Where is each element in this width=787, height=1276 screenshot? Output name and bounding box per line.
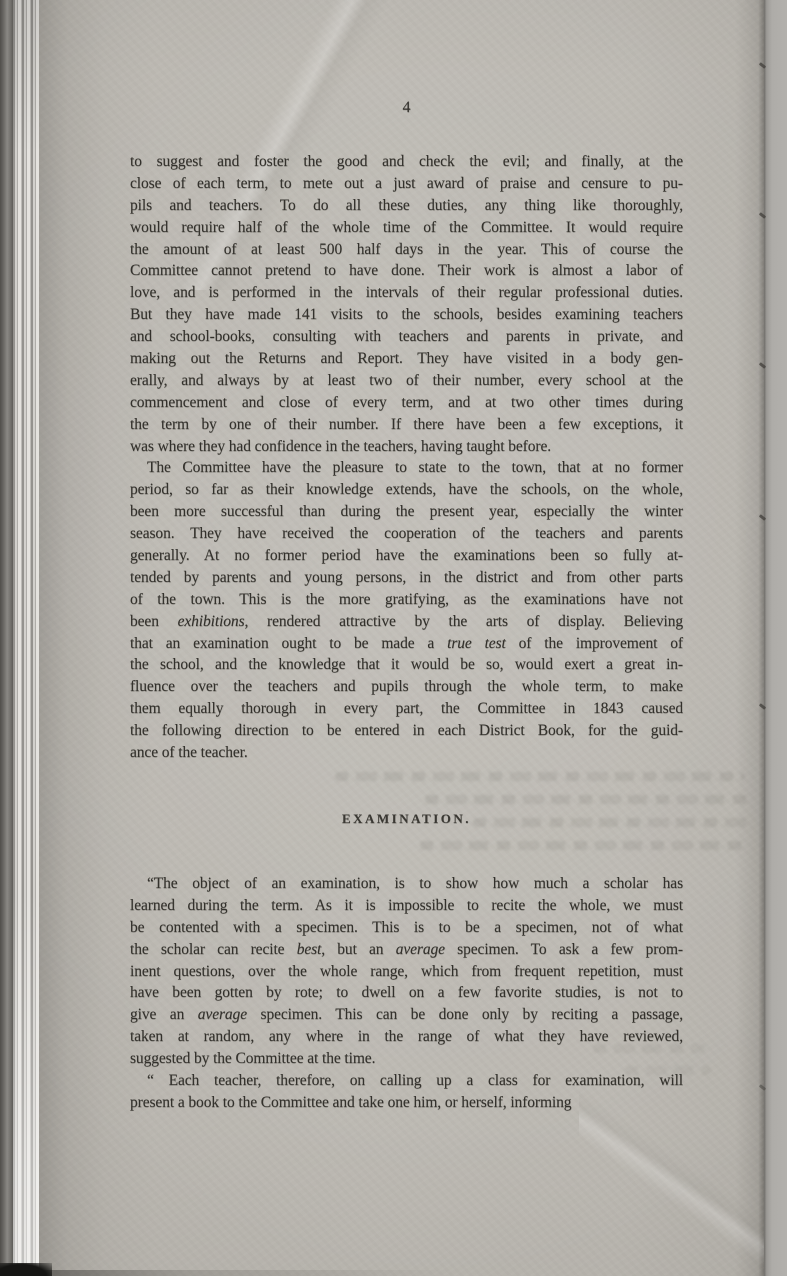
text-segment: been more successful than during the pre… xyxy=(130,503,683,520)
text-segment: , but an xyxy=(321,941,395,958)
bleed-through-line xyxy=(335,772,745,781)
text-line: love, and is performed in the intervals … xyxy=(130,282,683,304)
text-segment: specimen. This can be done only by recit… xyxy=(247,1006,683,1023)
text-segment: pils and teachers. To do all these dutie… xyxy=(130,197,683,214)
text-block: to suggest and foster the good and check… xyxy=(130,151,683,1114)
text-segment: was where they had confidence in the tea… xyxy=(130,438,551,455)
text-line: season. They have received the cooperati… xyxy=(130,523,683,545)
paragraph: “The object of an examination, is to sho… xyxy=(130,873,683,1070)
text-line: the school, and the knowledge that it wo… xyxy=(130,654,683,676)
text-segment: erally, and always by at least two of th… xyxy=(130,372,683,389)
bleed-through-line xyxy=(593,1044,705,1053)
text-segment: love, and is performed in the intervals … xyxy=(130,284,683,301)
bleed-through-line xyxy=(425,795,750,804)
text-segment: making out the Returns and Report. They … xyxy=(130,350,683,367)
text-line: was where they had confidence in the tea… xyxy=(130,436,683,458)
paragraph: to suggest and foster the good and check… xyxy=(130,151,683,457)
bleed-through-line xyxy=(625,1066,711,1075)
book-spine-edge xyxy=(0,0,13,1276)
text-segment: them equally thorough in every part, the… xyxy=(130,700,683,717)
text-segment: The Committee have the pleasure to state… xyxy=(147,459,683,476)
text-line: inent questions, over the whole range, w… xyxy=(130,961,683,983)
text-line: “The object of an examination, is to sho… xyxy=(130,873,683,895)
text-line: present a book to the Committee and take… xyxy=(130,1092,683,1114)
text-segment: generally. At no former period have the … xyxy=(130,547,683,564)
text-segment: of the town. This is the more gratifying… xyxy=(130,591,683,608)
text-segment: have been gotten by rote; to dwell on a … xyxy=(130,984,683,1001)
text-segment: give an xyxy=(130,1006,198,1023)
text-segment: inent questions, over the whole range, w… xyxy=(130,963,683,980)
text-segment: Committee cannot pretend to have done. T… xyxy=(130,262,683,279)
text-line: making out the Returns and Report. They … xyxy=(130,348,683,370)
bleed-through-line xyxy=(420,841,747,850)
text-segment: that an examination ought to be made a xyxy=(130,635,447,652)
text-line: been exhibitions, rendered attractive by… xyxy=(130,611,683,633)
page-number: 4 xyxy=(130,99,683,117)
text-segment: the following direction to be entered in… xyxy=(130,722,683,739)
text-segment: ance of the teacher. xyxy=(130,744,248,761)
text-segment: the scholar can recite xyxy=(130,941,297,958)
text-line: of the town. This is the more gratifying… xyxy=(130,589,683,611)
book-bottom-shadow xyxy=(0,1270,470,1276)
text-line: generally. At no former period have the … xyxy=(130,545,683,567)
text-segment: period, so far as their knowledge extend… xyxy=(130,481,683,498)
italic-text: average xyxy=(396,941,445,958)
text-line: been more successful than during the pre… xyxy=(130,501,683,523)
text-segment: But they have made 141 visits to the sch… xyxy=(130,306,683,323)
italic-text: best xyxy=(297,941,322,958)
text-line: ance of the teacher. xyxy=(130,742,683,764)
text-segment: “The object of an examination, is to sho… xyxy=(147,875,683,892)
text-segment: and school-books, consulting with teache… xyxy=(130,328,683,345)
scan-background xyxy=(764,0,787,1276)
text-line: the following direction to be entered in… xyxy=(130,720,683,742)
text-line: would require half of the whole time of … xyxy=(130,217,683,239)
text-line: have been gotten by rote; to dwell on a … xyxy=(130,982,683,1004)
text-segment: season. They have received the cooperati… xyxy=(130,525,683,542)
text-segment: be contented with a specimen. This is to… xyxy=(130,919,683,936)
text-segment: close of each term, to mete out a just a… xyxy=(130,175,683,192)
paragraph: The Committee have the pleasure to state… xyxy=(130,457,683,763)
text-segment: the school, and the knowledge that it wo… xyxy=(130,656,683,673)
text-line: the term by one of their number. If ther… xyxy=(130,414,683,436)
text-line: give an average specimen. This can be do… xyxy=(130,1004,683,1026)
bleed-through-line xyxy=(473,818,750,827)
text-segment: suggested by the Committee at the time. xyxy=(130,1050,375,1067)
text-segment: commencement and close of every term, an… xyxy=(130,394,683,411)
text-line: Committee cannot pretend to have done. T… xyxy=(130,260,683,282)
text-segment: the amount of at least 500 half days in … xyxy=(130,241,683,258)
text-segment: would require half of the whole time of … xyxy=(130,219,683,236)
italic-text: true test xyxy=(447,635,506,652)
scanned-book-page: 4 to suggest and foster the good and che… xyxy=(0,0,787,1276)
text-line: them equally thorough in every part, the… xyxy=(130,698,683,720)
text-line: learned during the term. As it is imposs… xyxy=(130,895,683,917)
italic-text: average xyxy=(198,1006,247,1023)
text-segment: to suggest and foster the good and check… xyxy=(130,153,683,170)
text-line: period, so far as their knowledge extend… xyxy=(130,479,683,501)
text-segment: fluence over the teachers and pupils thr… xyxy=(130,678,683,695)
text-segment: specimen. To ask a few prom- xyxy=(445,941,683,958)
text-segment: present a book to the Committee and take… xyxy=(130,1094,571,1111)
text-line: to suggest and foster the good and check… xyxy=(130,151,683,173)
page-edge-stack xyxy=(13,0,39,1276)
text-segment: , rendered attractive by the arts of dis… xyxy=(245,613,683,630)
text-line: tended by parents and young persons, in … xyxy=(130,567,683,589)
text-line: fluence over the teachers and pupils thr… xyxy=(130,676,683,698)
text-line: erally, and always by at least two of th… xyxy=(130,370,683,392)
text-line: the amount of at least 500 half days in … xyxy=(130,239,683,261)
text-line: The Committee have the pleasure to state… xyxy=(130,457,683,479)
book-cover-shadow xyxy=(0,1263,52,1276)
text-line: commencement and close of every term, an… xyxy=(130,392,683,414)
paragraph: “ Each teacher, therefore, on calling up… xyxy=(130,1070,683,1114)
text-segment: the term by one of their number. If ther… xyxy=(130,416,683,433)
text-segment: taken at random, any where in the range … xyxy=(130,1028,683,1045)
text-line: “ Each teacher, therefore, on calling up… xyxy=(130,1070,683,1092)
text-line: that an examination ought to be made a t… xyxy=(130,633,683,655)
text-segment: been xyxy=(130,613,178,630)
text-line: But they have made 141 visits to the sch… xyxy=(130,304,683,326)
text-line: and school-books, consulting with teache… xyxy=(130,326,683,348)
text-segment: “ Each teacher, therefore, on calling up… xyxy=(147,1072,683,1089)
text-segment: learned during the term. As it is imposs… xyxy=(130,897,683,914)
italic-text: exhibitions xyxy=(178,613,245,630)
text-line: pils and teachers. To do all these dutie… xyxy=(130,195,683,217)
text-segment: of the improvement of xyxy=(506,635,683,652)
text-line: the scholar can recite best, but an aver… xyxy=(130,939,683,961)
text-segment: tended by parents and young persons, in … xyxy=(130,569,683,586)
paper-page: 4 to suggest and foster the good and che… xyxy=(39,0,764,1276)
paper-crease xyxy=(579,1090,764,1276)
text-line: close of each term, to mete out a just a… xyxy=(130,173,683,195)
text-line: be contented with a specimen. This is to… xyxy=(130,917,683,939)
